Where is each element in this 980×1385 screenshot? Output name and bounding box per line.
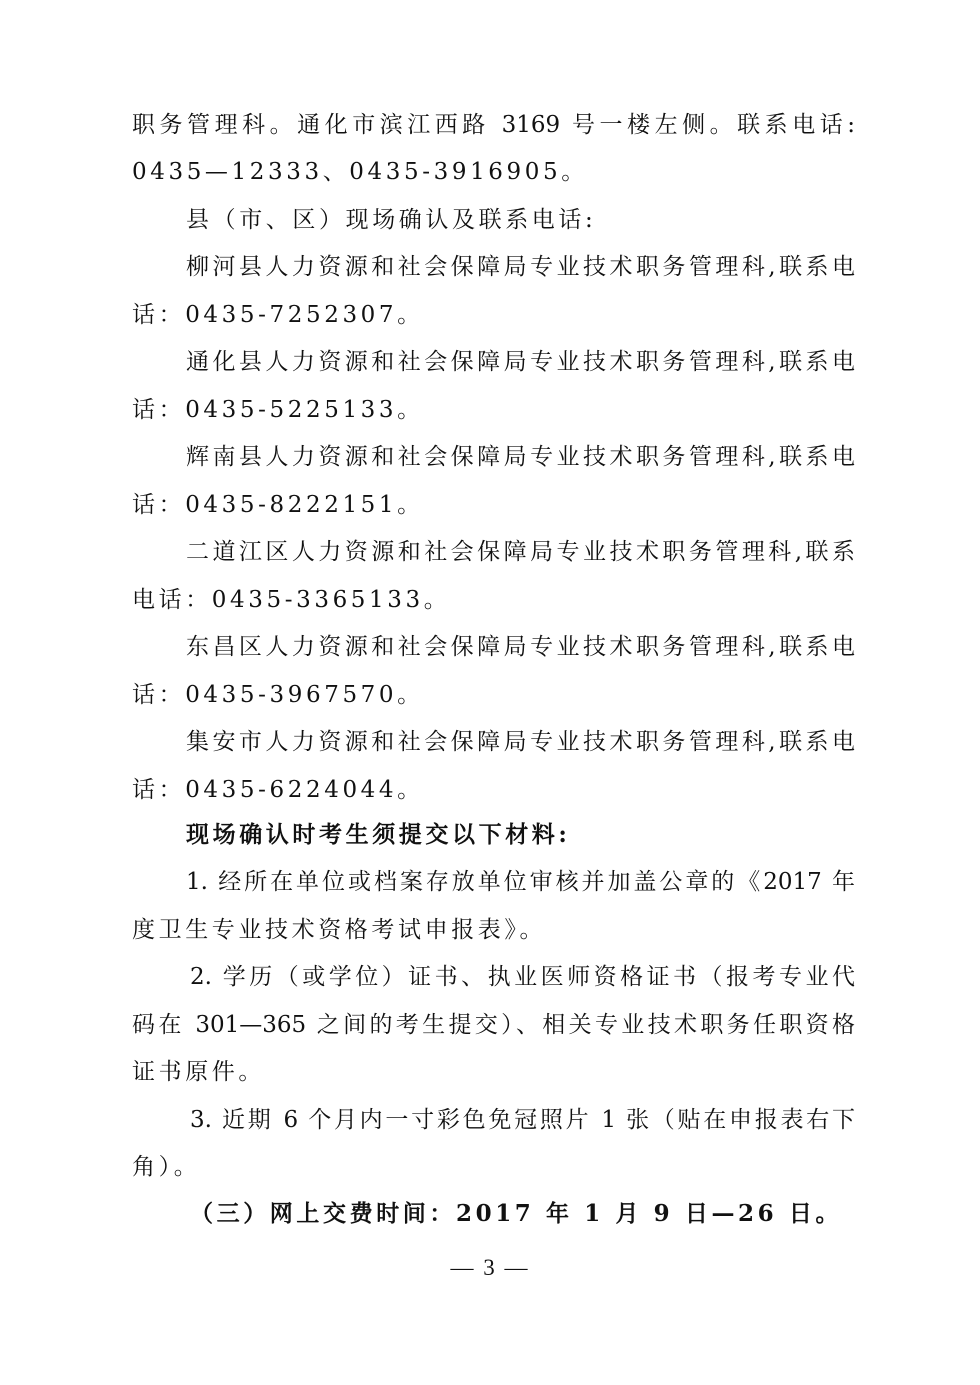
section-label-county-contacts: 县（市、区）现场确认及联系电话: bbox=[186, 200, 855, 240]
material-item-2-line-2: 码在 301—365 之间的考生提交）、相关专业技术职务任职资格 bbox=[132, 1005, 855, 1045]
material-item-1-line-1: 1. 经所在单位或档案存放单位审核并加盖公章的《2017 年 bbox=[186, 862, 855, 902]
contact-erdaojiang-office: 二道江区人力资源和社会保障局专业技术职务管理科,联系 bbox=[186, 532, 855, 572]
material-item-1-line-2: 度卫生专业技术资格考试申报表》。 bbox=[132, 910, 855, 950]
text-line-city-office-phone: 0435—12333、0435-3916905。 bbox=[132, 152, 855, 192]
document-page: 职务管理科。通化市滨江西路 3169 号一楼左侧。联系电话: 0435—1233… bbox=[0, 0, 980, 1385]
material-item-2-line-3: 证书原件。 bbox=[132, 1052, 855, 1092]
contact-jian-office: 集安市人力资源和社会保障局专业技术职务管理科,联系电 bbox=[186, 722, 855, 762]
material-item-2-line-1: 2. 学历（或学位）证书、执业医师资格证书（报考专业代 bbox=[190, 957, 855, 997]
contact-tonghua-county-office: 通化县人力资源和社会保障局专业技术职务管理科,联系电 bbox=[186, 342, 855, 382]
contact-huinan-phone: 话：0435-8222151。 bbox=[132, 485, 855, 525]
contact-liuhe-office: 柳河县人力资源和社会保障局专业技术职务管理科,联系电 bbox=[186, 247, 855, 287]
contact-erdaojiang-phone: 电话：0435-3365133。 bbox=[132, 580, 855, 620]
contact-dongchang-phone: 话：0435-3967570。 bbox=[132, 675, 855, 715]
heading-online-payment-period: （三）网上交费时间：2017 年 1 月 9 日—26 日。 bbox=[190, 1194, 855, 1234]
contact-liuhe-phone: 话：0435-7252307。 bbox=[132, 295, 855, 335]
contact-huinan-office: 辉南县人力资源和社会保障局专业技术职务管理科,联系电 bbox=[186, 437, 855, 477]
material-item-3-line-2: 角）。 bbox=[132, 1147, 855, 1187]
heading-required-materials: 现场确认时考生须提交以下材料: bbox=[186, 815, 855, 855]
material-item-3-line-1: 3. 近期 6 个月内一寸彩色免冠照片 1 张（贴在申报表右下 bbox=[190, 1100, 855, 1140]
contact-dongchang-office: 东昌区人力资源和社会保障局专业技术职务管理科,联系电 bbox=[186, 627, 855, 667]
contact-jian-phone: 话：0435-6224044。 bbox=[132, 770, 855, 810]
page-number: — 3 — bbox=[0, 1248, 980, 1288]
contact-tonghua-county-phone: 话：0435-5225133。 bbox=[132, 390, 855, 430]
text-line-city-office-address: 职务管理科。通化市滨江西路 3169 号一楼左侧。联系电话: bbox=[132, 105, 855, 145]
